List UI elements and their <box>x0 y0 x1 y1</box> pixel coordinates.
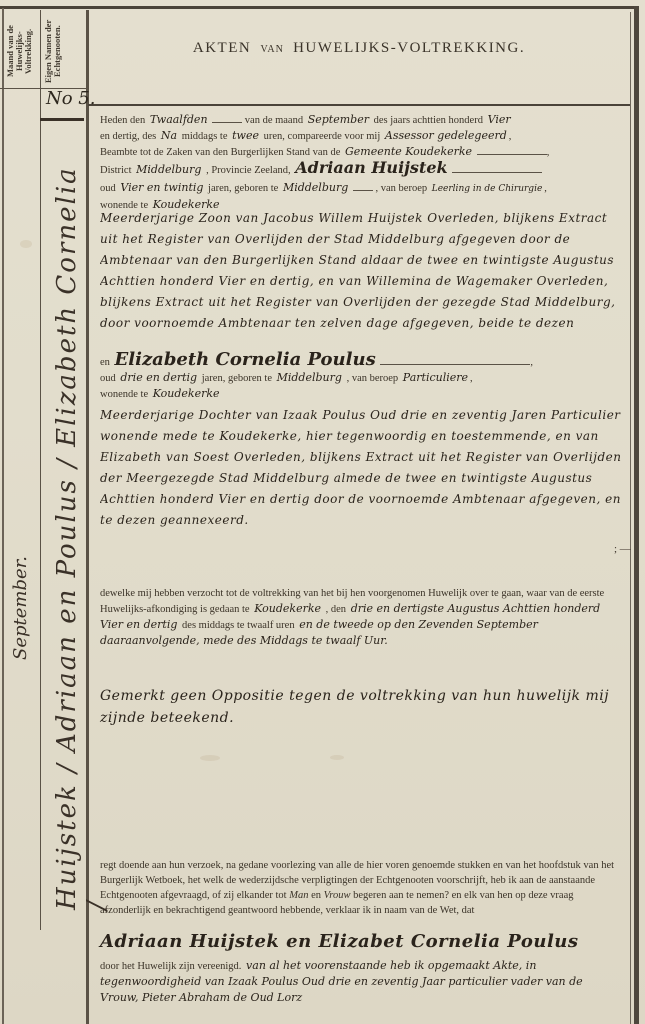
frame-top-border <box>0 6 638 9</box>
handwritten-bride-parents: Meerderjarige Dochter van Izaak Poulus O… <box>100 405 622 530</box>
column-divider <box>40 10 41 930</box>
printed-text: des middags te twaalf uren <box>182 620 295 631</box>
handwritten-bride-age: drie en dertig <box>118 371 199 384</box>
handwritten-bride-occupation: Particuliere <box>401 371 470 384</box>
title-word-huwelijks: HUWELIJKS-VOLTREKKING. <box>293 40 525 56</box>
printed-text-vrouw: Vrouw <box>324 890 351 901</box>
printed-text: en <box>311 890 321 901</box>
printed-text: middags te <box>182 131 228 142</box>
printed-text: oud <box>100 373 116 384</box>
printed-text: District <box>100 165 132 176</box>
handwritten-groom-name: Adriaan Huijstek <box>293 158 449 177</box>
printed-text: uren, compareerde voor mij <box>264 131 381 142</box>
paragraph-publication: dewelke mij hebben verzocht tot de voltr… <box>100 586 622 649</box>
handwritten-day: Twaalfden <box>148 113 210 126</box>
handwritten-groom-parents: Meerderjarige Zoon van Jacobus Willem Hu… <box>100 208 622 338</box>
printed-text: , den <box>326 604 346 615</box>
title-word-van: VAN <box>260 44 283 55</box>
paper-stain <box>330 755 344 760</box>
paragraph-appearance: Heden den Twaalfden van de maand Septemb… <box>100 112 622 178</box>
margin-spouse-names: Huijstek / Adriaan en Poulus / Elizabeth… <box>52 150 86 910</box>
handwritten-district: Middelburg <box>134 163 203 176</box>
printed-text: jaren, geboren te <box>202 373 272 384</box>
printed-text: oud <box>100 183 116 194</box>
fill-line <box>452 171 542 173</box>
handwritten-bride-birthplace: Middelburg <box>275 371 344 384</box>
entry-number: No 5. <box>46 88 95 109</box>
handwritten-hour: twee <box>230 129 261 142</box>
printed-text: , Provincie Zeeland, <box>206 165 291 176</box>
fill-line <box>212 121 242 123</box>
paper-stain <box>20 240 32 248</box>
handwritten-municipality: Gemeente Koudekerke <box>343 145 474 158</box>
fill-line <box>353 189 373 191</box>
printed-text: Beambte tot de Zaken van den Burgerlijke… <box>100 147 340 158</box>
margin-month: September. <box>10 510 36 660</box>
paragraph-united: door het Huwelijk zijn vereenigd. van al… <box>100 958 622 1006</box>
margin-mark: ; — <box>614 543 631 555</box>
printed-text: des jaars achttien honderd <box>374 115 483 126</box>
paragraph-declaration: regt doende aan hun verzoek, na gedane v… <box>100 858 622 918</box>
handwritten-bride-name: Elizabeth Cornelia Poulus <box>113 349 378 370</box>
paper-stain <box>200 755 220 761</box>
frame-right-border <box>634 6 639 1024</box>
printed-text: en dertig, des <box>100 131 156 142</box>
page-title: AKTEN VAN HUWELIJKS-VOLTREKKING. <box>88 40 630 57</box>
register-page: Maand van de Huwelijks-Voltrekking. Eige… <box>0 0 645 1024</box>
printed-text: jaren, geboren te <box>208 183 278 194</box>
handwritten-publication-place: Koudekerke <box>252 602 323 615</box>
fill-line <box>380 363 530 365</box>
entry-number-underline <box>40 118 84 121</box>
fill-line <box>477 153 547 155</box>
printed-text: , van beroep <box>376 183 428 194</box>
handwritten-groom-age: Vier en twintig <box>118 181 205 194</box>
printed-text: van de maand <box>245 115 303 126</box>
column-header-month: Maand van de Huwelijks-Voltrekking. <box>6 14 38 88</box>
handwritten-year: Vier <box>486 113 513 126</box>
header-rule <box>88 104 630 106</box>
column-header-names: Eigen Namen der Echtgenooten. <box>44 14 84 88</box>
printed-text-man: Man <box>289 890 308 901</box>
handwritten-groom-occupation: Leerling in de Chirurgie <box>430 184 545 194</box>
handwritten-no-opposition: Gemerkt geen Oppositie tegen de voltrekk… <box>100 685 622 729</box>
handwritten-couple-names: Adriaan Huijstek en Elizabet Cornelia Po… <box>100 930 622 954</box>
printed-text: , van beroep <box>347 373 399 384</box>
frame-right-inner-border <box>630 12 631 1024</box>
handwritten-month: September <box>306 113 371 126</box>
frame-left-border <box>2 8 4 1024</box>
handwritten-ampm: Na <box>159 129 179 142</box>
paragraph-bride: en Elizabeth Cornelia Poulus , oud drie … <box>100 352 622 402</box>
handwritten-groom-birthplace: Middelburg <box>281 181 350 194</box>
title-word-akten: AKTEN <box>193 40 251 56</box>
handwritten-bride-residence: Koudekerke <box>151 387 222 400</box>
printed-text: en <box>100 357 110 368</box>
column-divider <box>88 10 89 1024</box>
printed-text: wonende te <box>100 389 148 400</box>
printed-text: Heden den <box>100 115 145 126</box>
printed-text: door het Huwelijk zijn vereenigd. <box>100 961 241 972</box>
handwritten-official: Assessor gedelegeerd <box>383 129 509 142</box>
